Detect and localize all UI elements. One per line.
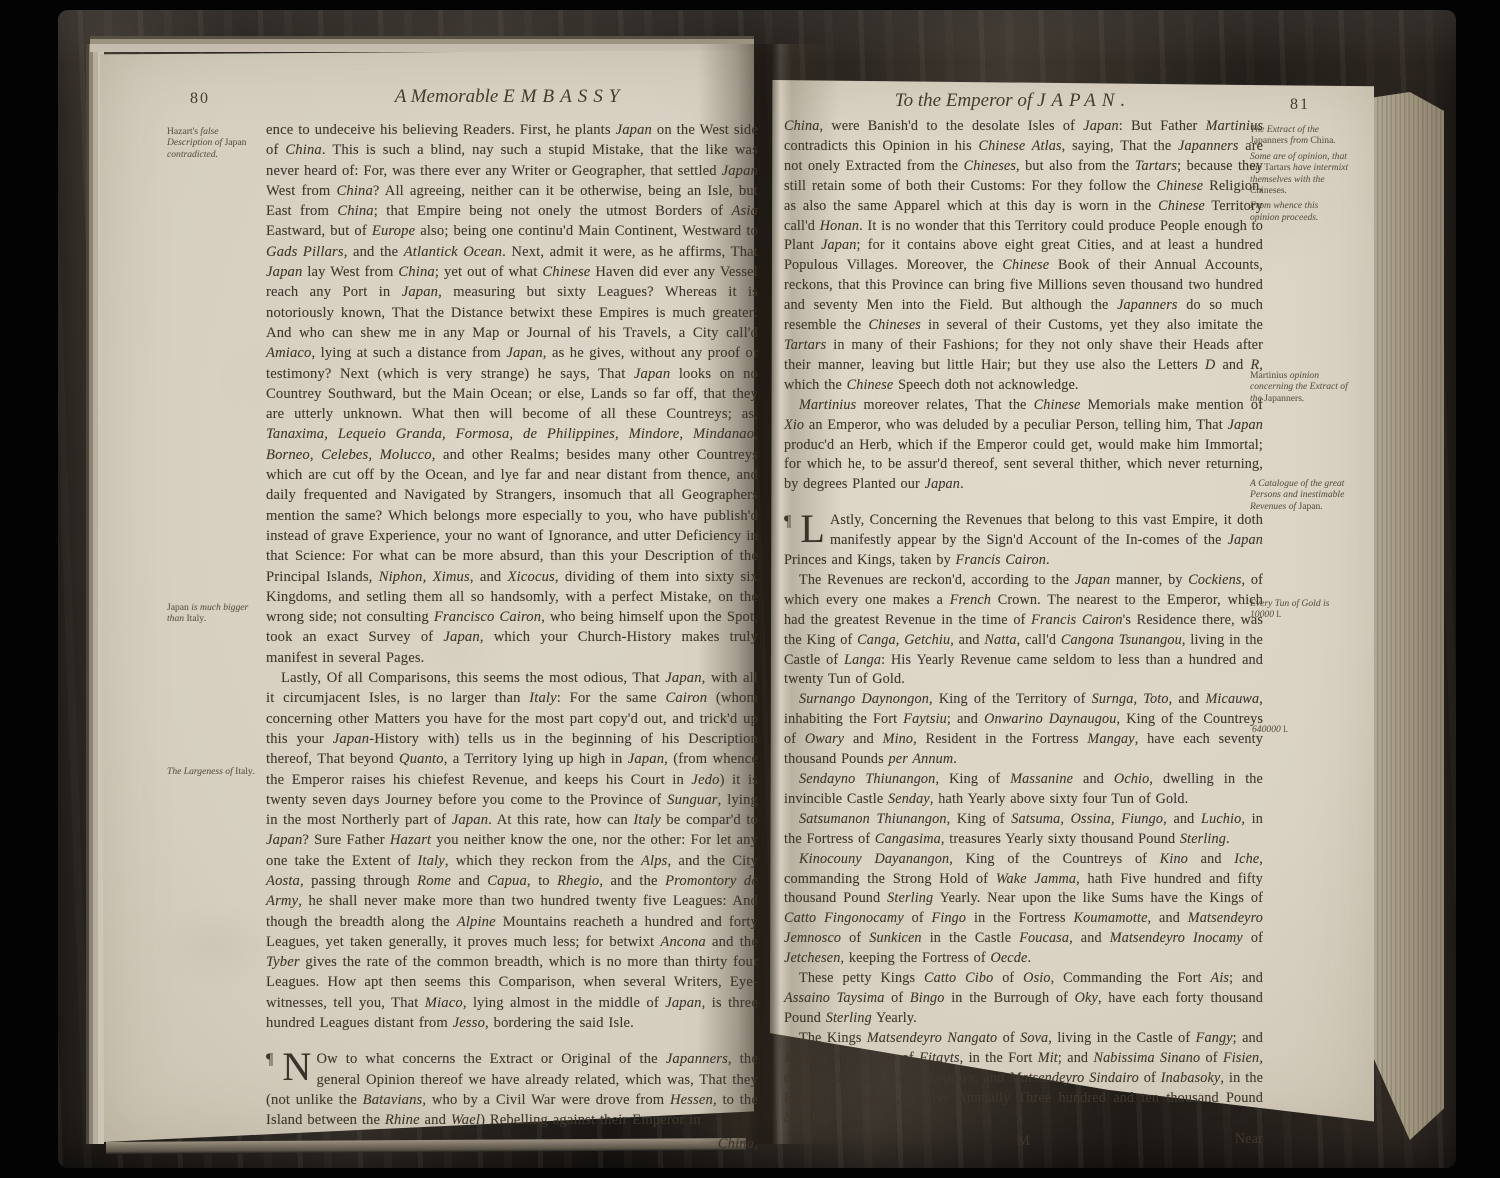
drop-cap: L [800,512,825,546]
left-page-number: 80 [190,90,210,108]
paragraph: Kinocouny Dayanangon, King of the Countr… [784,850,1263,969]
paragraph: China, were Banish'd to the desolate Isl… [784,117,1263,396]
right-page-body: China, were Banish'd to the desolate Isl… [784,117,1263,1152]
running-title-text: A Memorable [395,86,503,107]
paragraph: Surnango Daynongon, King of the Territor… [784,690,1263,770]
margin-note: Martinius opinion concerning the Extract… [1250,370,1350,404]
margin-note: The Extract of the Japanners from China. [1250,124,1350,147]
paragraph: These petty Kings Catto Cibo of Osio, Co… [784,969,1263,1029]
book-photograph: 80 A Memorable EMBASSY Hazart's false De… [0,0,1500,1178]
pilcrow-mark: ¶ [784,512,791,532]
paragraph: Sendayno Thiunangon, King of Massanine a… [784,770,1263,810]
catchword: Near [1235,1130,1263,1150]
paragraph: Satsumanon Thiunangon, King of Satsuma, … [784,810,1263,850]
margin-note: Some are of opinion, that the Tartars ha… [1250,151,1350,197]
margin-note: Japan is much bigger than Italy. [167,602,261,625]
margin-note: 640000 l. [1252,724,1352,735]
paragraph: Martinius moreover relates, That the Chi… [784,396,1263,496]
running-title-text: To the Emperor of [895,90,1037,111]
paragraph: The Revenues are reckon'd, according to … [784,571,1263,690]
margin-note: Hazart's false Description of Japan cont… [167,126,261,160]
pilcrow-mark: ¶ [266,1050,273,1070]
running-title-caps: EMBASSY [503,86,625,107]
paragraph: The Kings Matsendeyro Nangato of Sova, l… [784,1029,1263,1129]
catchword: China, [266,1134,758,1154]
right-running-title: To the Emperor of JAPAN. [784,90,1242,112]
paragraph-text: Ow to what concerns the Extract or Origi… [266,1051,758,1128]
running-title-caps: JAPAN. [1037,90,1131,111]
left-running-title: A Memorable EMBASSY [280,86,740,108]
paragraph: ¶LAstly, Concerning the Revenues that be… [784,511,1263,571]
margin-note: The Largeness of Italy. [167,766,261,777]
paragraph: ¶NOw to what concerns the Extract or Ori… [266,1049,758,1130]
paragraph: ence to undeceive his believing Readers.… [266,120,758,668]
margin-note: From whence this opinion proceeds. [1250,200,1350,223]
paragraph: Lastly, Of all Comparisons, this seems t… [266,668,758,1033]
page-stack-top-edge [90,36,754,52]
margin-note: Every Tun of Gold is 10000 l. [1250,598,1350,621]
right-page-number: 81 [1290,96,1310,114]
margin-note-group: The Extract of the Japanners from China.… [1250,124,1350,227]
drop-cap: N [282,1050,311,1084]
signature-row: M Near [784,1132,1263,1152]
page-stack-fore-edge [1368,92,1444,1140]
left-page-body: ence to undeceive his believing Readers.… [266,120,758,1154]
signature-mark: M [1017,1133,1030,1149]
paragraph-text: Astly, Concerning the Revenues that belo… [784,512,1263,568]
margin-note: A Catalogue of the great Persons and ine… [1250,478,1350,512]
